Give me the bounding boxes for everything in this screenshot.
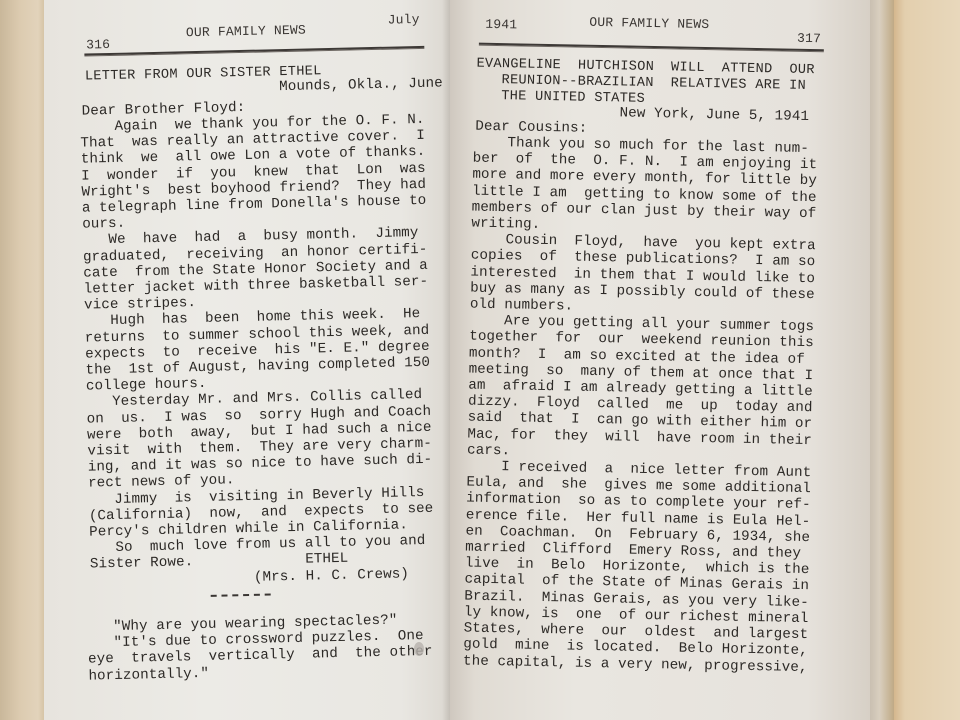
letter-body-left: Again we thank you for the O. F. N.That … (80, 112, 435, 590)
header-year: 1941 (485, 17, 517, 33)
header-rule-right (479, 43, 824, 53)
article-title-right: EVANGELINE HUTCHISON WILL ATTEND OUR REU… (476, 57, 815, 112)
ink-smudge (414, 642, 424, 656)
right-page: 1941 OUR FAMILY NEWS 317 EVANGELINE HUTC… (450, 0, 870, 720)
dateline-left: Mounds, Okla., June 3 (279, 75, 450, 95)
header-title-right: OUR FAMILY NEWS (589, 15, 709, 32)
header-rule-left (84, 46, 424, 57)
section-separator (211, 593, 271, 596)
open-book: 316 OUR FAMILY NEWS July LETTER FROM OUR… (44, 0, 894, 720)
header-title-left: OUR FAMILY NEWS (186, 23, 306, 41)
header-month: July (388, 12, 420, 28)
joke-text: "Why are you wearing spectacles?" "It's … (87, 612, 433, 685)
page-number-left: 316 (86, 37, 110, 53)
dateline-right: New York, June 5, 1941 (619, 105, 809, 125)
letter-body-right: Thank you so much for the last num-ber o… (463, 135, 818, 676)
left-page: 316 OUR FAMILY NEWS July LETTER FROM OUR… (44, 0, 450, 720)
page-number-right: 317 (797, 31, 821, 46)
page-edges (870, 0, 894, 720)
